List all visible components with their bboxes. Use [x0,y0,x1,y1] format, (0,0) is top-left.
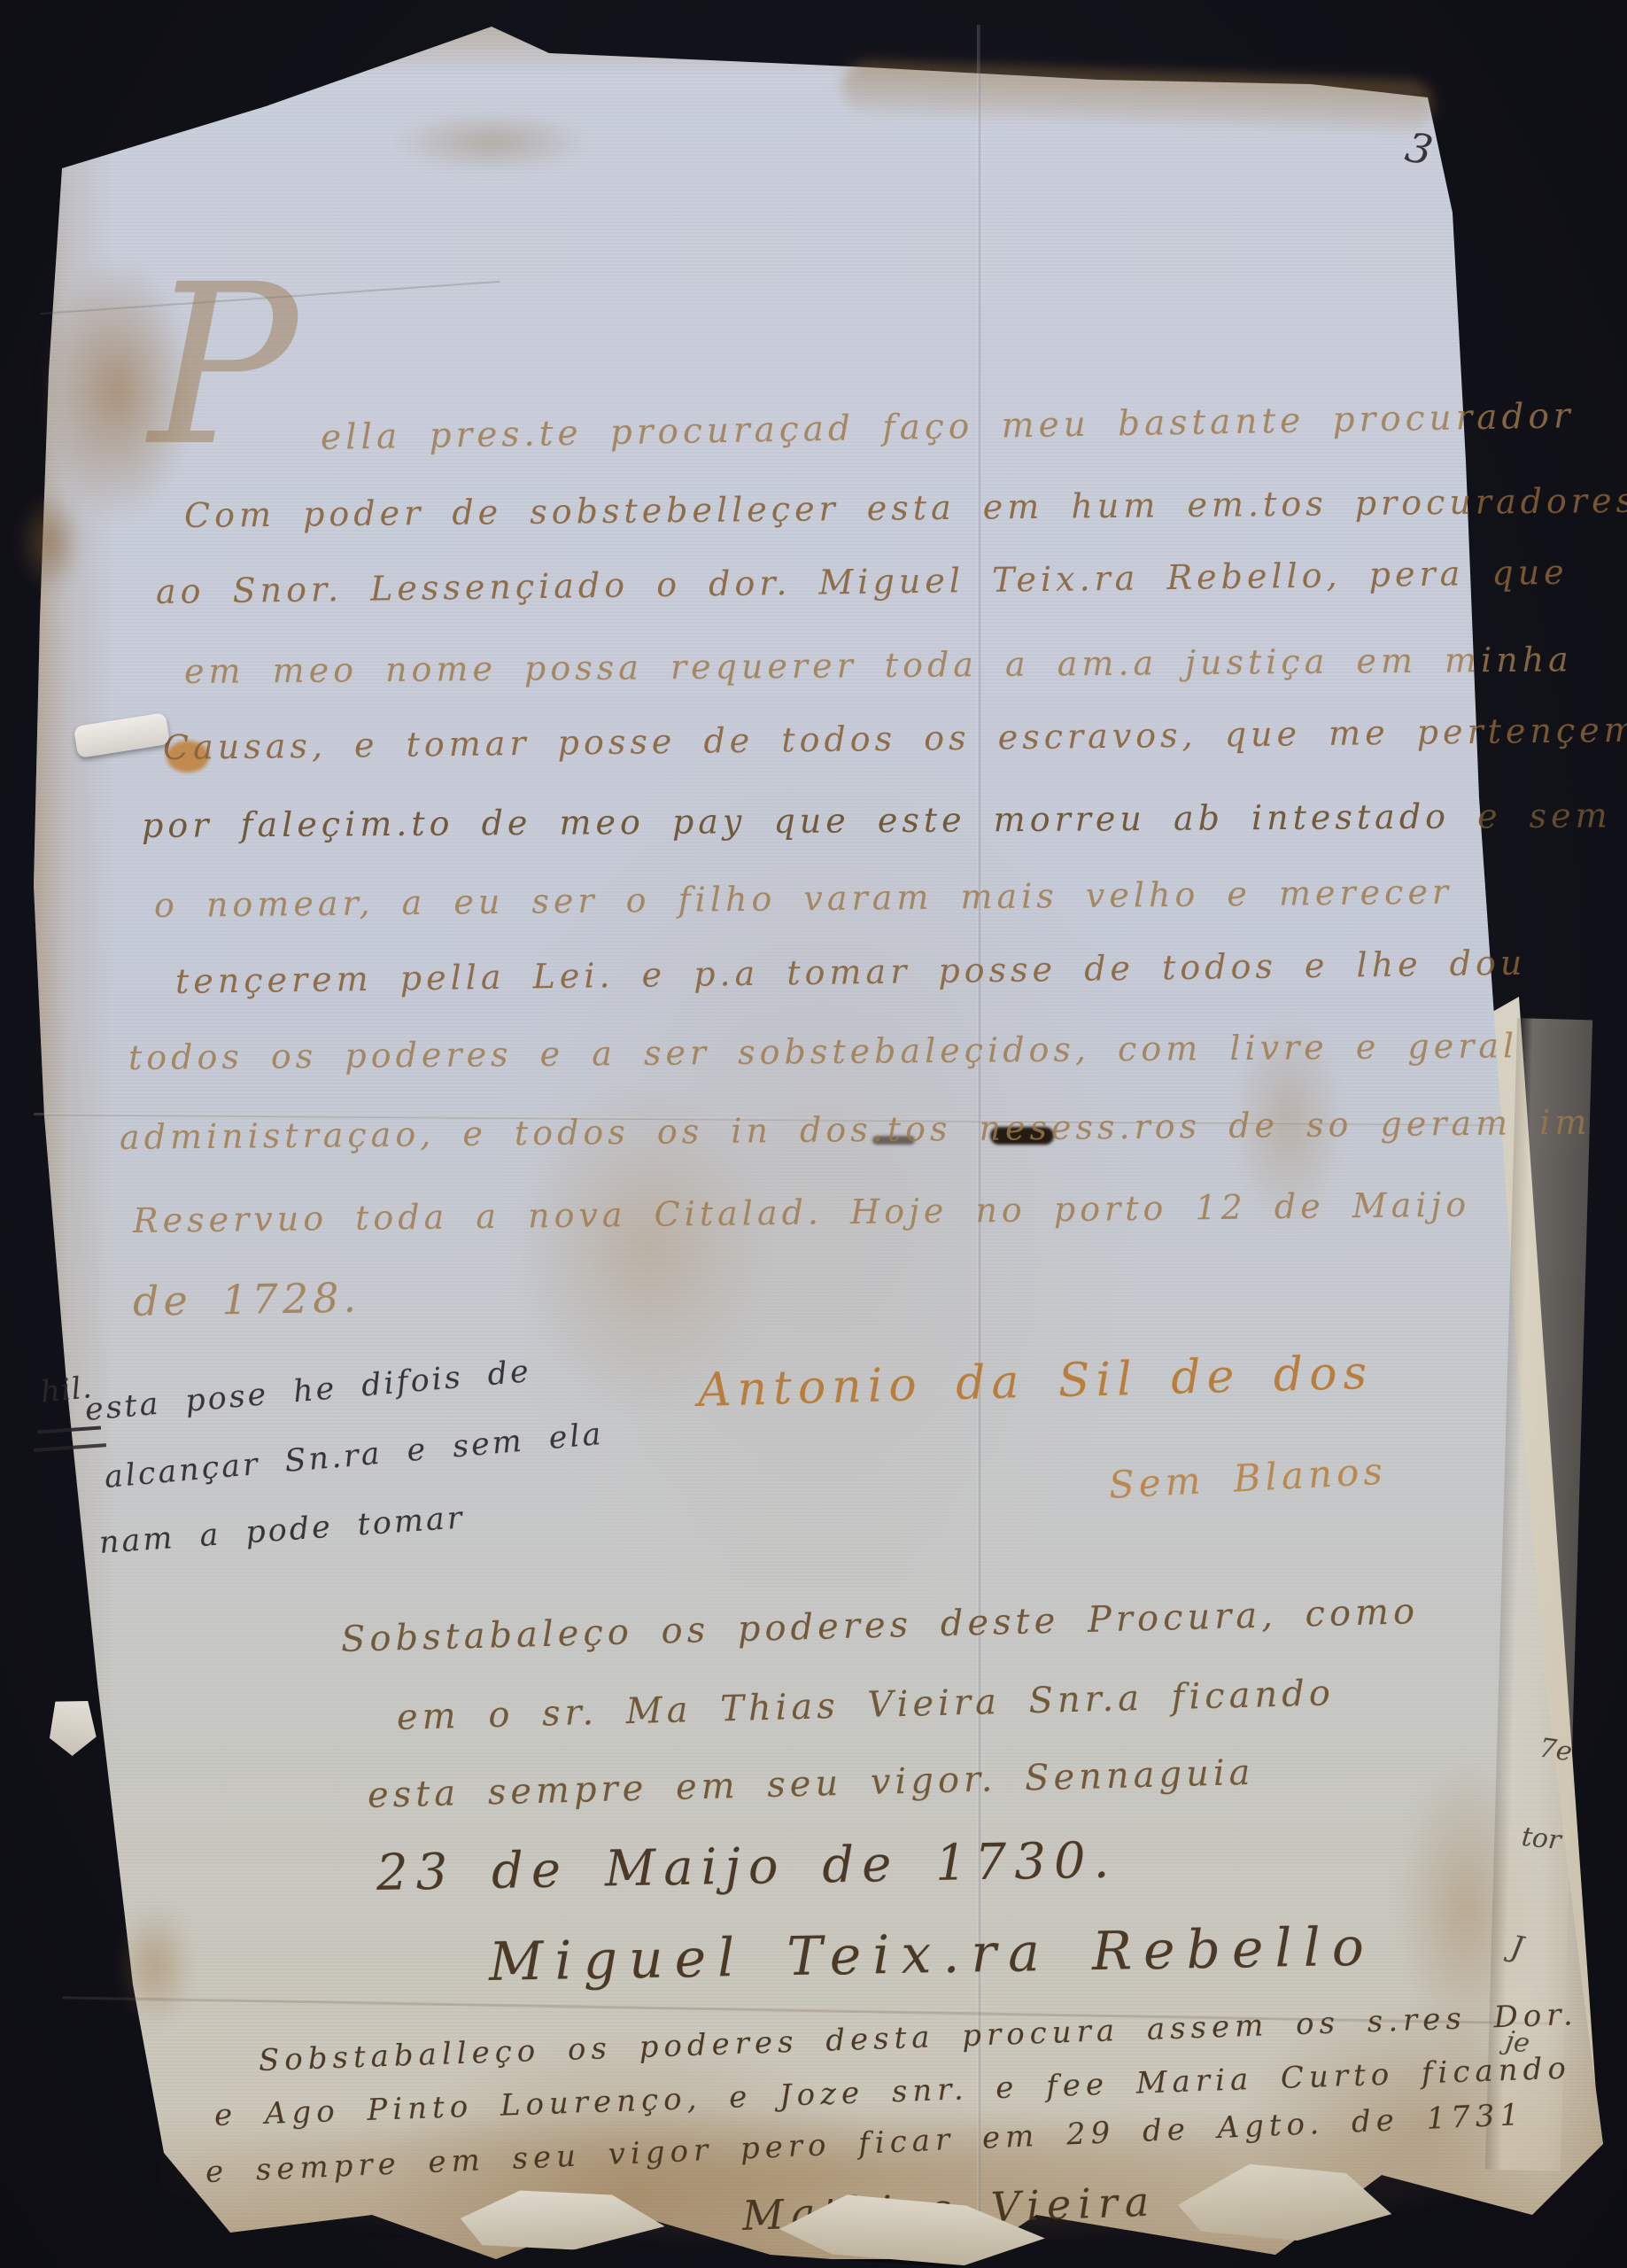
edge-ink-fragment: tor [1520,1821,1562,1856]
stain-left-small [16,492,82,594]
manuscript-line: de 1728. [133,1274,361,1325]
stain-top-center [390,111,593,173]
initial-capital-flourish: P [149,255,298,477]
stain-bottom-left-dots [115,1905,195,2029]
edge-ink-fragment: je [1504,2025,1532,2059]
edge-ink-fragment: 7e [1538,1733,1574,1768]
manuscript-photo: 3 P ella pres.te procuraçad faço meu bas… [0,0,1627,2268]
torn-edge-flap-left [47,1696,101,1759]
